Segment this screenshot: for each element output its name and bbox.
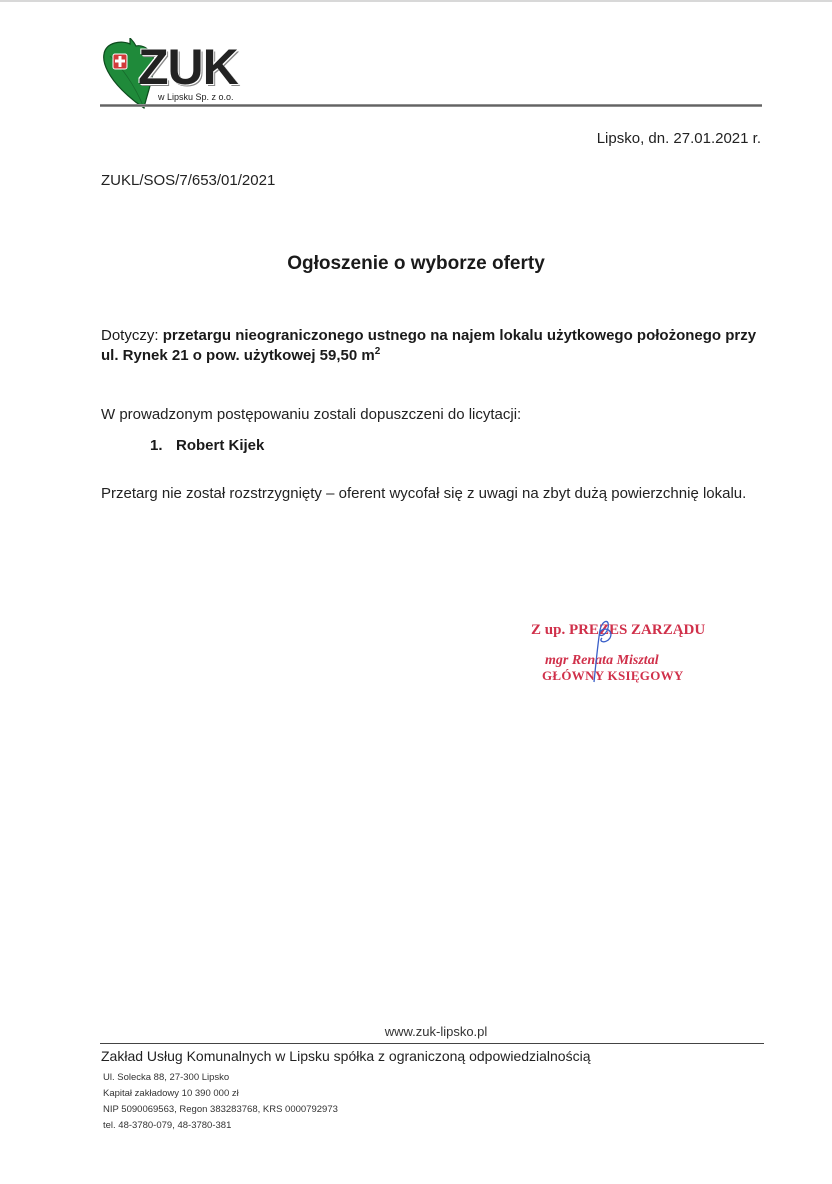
document-date: Lipsko, dn. 27.01.2021 r. <box>597 130 761 147</box>
bidder-item: 1.Robert Kijek <box>150 437 264 454</box>
subject-text: przetargu nieograniczonego ustnego na na… <box>101 327 756 364</box>
bidders-list: 1.Robert Kijek <box>150 437 264 454</box>
bidders-intro: W prowadzonym postępowaniu zostali dopus… <box>101 406 521 423</box>
subject-label: Dotyczy: <box>101 327 159 344</box>
logo-subtitle: w Lipsku Sp. z o.o. <box>158 92 234 102</box>
footer-address: Ul. Solecka 88, 27-300 Lipsko <box>103 1070 338 1086</box>
page-top-edge <box>0 0 832 2</box>
footer-company-details: Ul. Solecka 88, 27-300 Lipsko Kapitał za… <box>103 1070 338 1134</box>
subject-paragraph: Dotyczy: przetargu nieograniczonego ustn… <box>101 326 771 366</box>
handwritten-signature-icon <box>580 612 620 692</box>
header-divider <box>100 104 762 107</box>
bidder-number: 1. <box>150 437 176 454</box>
footer-registry: NIP 5090069563, Regon 383283768, KRS 000… <box>103 1102 338 1118</box>
reference-number: ZUKL/SOS/7/653/01/2021 <box>101 172 275 189</box>
bidder-name: Robert Kijek <box>176 437 264 454</box>
footer-company-name: Zakład Usług Komunalnych w Lipsku spółka… <box>101 1048 591 1064</box>
footer-divider <box>100 1043 764 1044</box>
footer-capital: Kapitał zakładowy 10 390 000 zł <box>103 1086 338 1102</box>
company-logo: ZUK w Lipsku Sp. z o.o. <box>100 38 260 106</box>
document-title: Ogłoszenie o wyborze oferty <box>0 253 832 275</box>
footer-website-link[interactable]: www.zuk-lipsko.pl <box>0 1024 832 1039</box>
logo-wordmark: ZUK <box>138 42 238 92</box>
result-paragraph: Przetarg nie został rozstrzygnięty – ofe… <box>101 485 746 502</box>
subject-superscript: 2 <box>375 346 381 357</box>
footer-phone: tel. 48-3780-079, 48-3780-381 <box>103 1118 338 1134</box>
